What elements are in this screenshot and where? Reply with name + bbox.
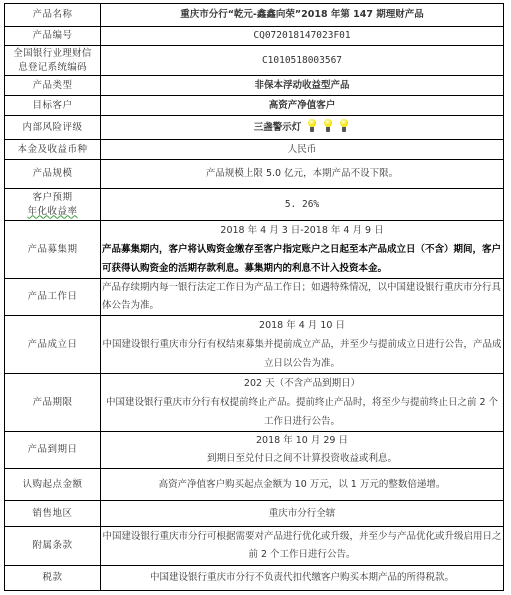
- value-working-day: 产品存续期内每一银行法定工作日为产品工作日；如遇特殊情况，以中国建设银行重庆市分…: [101, 279, 504, 316]
- value-subscription-period: 2018 年 4 月 3 日-2018 年 4 月 9 日 产品募集期内，客户将…: [101, 221, 504, 279]
- label-min-subscription: 认购起点金额: [5, 469, 101, 501]
- label-working-day: 产品工作日: [5, 279, 101, 316]
- value-registry-code: C1010518003567: [101, 46, 504, 76]
- value-currency: 人民币: [101, 140, 504, 160]
- lightbulb-icon: [338, 119, 350, 133]
- label-product-name: 产品名称: [5, 4, 101, 27]
- value-tax: 中国建设银行重庆市分行不负责代扣代缴客户购买本期产品的所得税款。: [101, 566, 504, 591]
- label-subscription-period: 产品募集期: [5, 221, 101, 279]
- table-row: 全国银行业理财信 息登记系统编码 C1010518003567: [5, 46, 504, 76]
- label-product-scale: 产品规模: [5, 160, 101, 189]
- table-row: 产品名称 重庆市分行“乾元-鑫鑫向荣”2018 年第 147 期理财产品: [5, 4, 504, 27]
- label-currency: 本金及收益币种: [5, 140, 101, 160]
- table-row: 产品工作日 产品存续期内每一银行法定工作日为产品工作日；如遇特殊情况，以中国建设…: [5, 279, 504, 316]
- table-row: 目标客户 高资产净值客户: [5, 96, 504, 116]
- value-target-customer: 高资产净值客户: [101, 96, 504, 116]
- value-product-scale: 产品规模上限 5.0 亿元，本期产品不设下限。: [101, 160, 504, 189]
- label-risk-rating: 内部风险评级: [5, 116, 101, 140]
- table-row: 内部风险评级 三盏警示灯: [5, 116, 504, 140]
- label-product-term: 产品期限: [5, 374, 101, 432]
- product-info-table: 产品名称 重庆市分行“乾元-鑫鑫向荣”2018 年第 147 期理财产品 产品编…: [4, 3, 504, 591]
- value-establishment-date: 2018 年 4 月 10 日 中国建设银行重庆市分行有权结束募集并提前成立产品…: [101, 316, 504, 374]
- label-product-code: 产品编号: [5, 27, 101, 46]
- table-row: 税款 中国建设银行重庆市分行不负责代扣代缴客户购买本期产品的所得税款。: [5, 566, 504, 591]
- value-min-subscription: 高资产净值客户购买起点金额为 10 万元，以 1 万元的整数倍递增。: [101, 469, 504, 501]
- value-product-type: 非保本浮动收益型产品: [101, 76, 504, 96]
- value-additional-terms: 中国建设银行重庆市分行可根据需要对产品进行优化或升级，并至少与产品优化或升级启用…: [101, 527, 504, 566]
- table-row: 认购起点金额 高资产净值客户购买起点金额为 10 万元，以 1 万元的整数倍递增…: [5, 469, 504, 501]
- table-row: 本金及收益币种 人民币: [5, 140, 504, 160]
- table-row: 产品期限 202 天（不含产品到期日） 中国建设银行重庆市分行有权提前终止产品。…: [5, 374, 504, 432]
- value-product-term: 202 天（不含产品到期日） 中国建设银行重庆市分行有权提前终止产品。提前终止产…: [101, 374, 504, 432]
- value-expected-yield: 5. 26%: [101, 189, 504, 221]
- label-expected-yield: 客户预期 年化收益率: [5, 189, 101, 221]
- table-row: 附属条款 中国建设银行重庆市分行可根据需要对产品进行优化或升级，并至少与产品优化…: [5, 527, 504, 566]
- table-row: 客户预期 年化收益率 5. 26%: [5, 189, 504, 221]
- value-product-code: CQ072018147023F01: [101, 27, 504, 46]
- table-row: 产品募集期 2018 年 4 月 3 日-2018 年 4 月 9 日 产品募集…: [5, 221, 504, 279]
- table-row: 产品成立日 2018 年 4 月 10 日 中国建设银行重庆市分行有权结束募集并…: [5, 316, 504, 374]
- value-maturity-date: 2018 年 10 月 29 日 到期日至兑付日之间不计算投资收益或利息。: [101, 432, 504, 469]
- label-registry-code: 全国银行业理财信 息登记系统编码: [5, 46, 101, 76]
- label-tax: 税款: [5, 566, 101, 591]
- table-row: 产品到期日 2018 年 10 月 29 日 到期日至兑付日之间不计算投资收益或…: [5, 432, 504, 469]
- value-risk-rating: 三盏警示灯: [101, 116, 504, 140]
- value-sales-region: 重庆市分行全辖: [101, 501, 504, 527]
- label-product-type: 产品类型: [5, 76, 101, 96]
- value-product-name: 重庆市分行“乾元-鑫鑫向荣”2018 年第 147 期理财产品: [101, 4, 504, 27]
- lightbulb-icon: [322, 119, 334, 133]
- label-establishment-date: 产品成立日: [5, 316, 101, 374]
- label-target-customer: 目标客户: [5, 96, 101, 116]
- table-row: 产品编号 CQ072018147023F01: [5, 27, 504, 46]
- table-row: 销售地区 重庆市分行全辖: [5, 501, 504, 527]
- label-maturity-date: 产品到期日: [5, 432, 101, 469]
- table-row: 产品类型 非保本浮动收益型产品: [5, 76, 504, 96]
- label-additional-terms: 附属条款: [5, 527, 101, 566]
- lightbulb-icon: [306, 119, 318, 133]
- label-sales-region: 销售地区: [5, 501, 101, 527]
- table-row: 产品规模 产品规模上限 5.0 亿元，本期产品不设下限。: [5, 160, 504, 189]
